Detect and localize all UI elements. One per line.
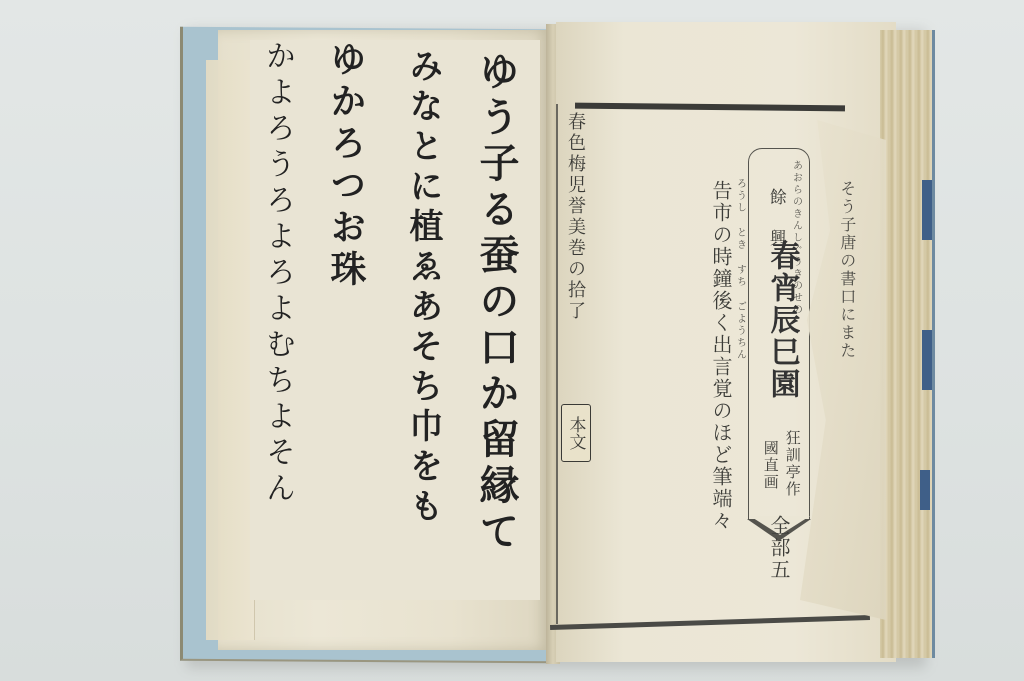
cover-edge-blue	[922, 180, 932, 240]
side-column-text: 告市の時鐘後く出言覚のほど筆端々	[710, 180, 731, 600]
calligraphy-column-2: みなとに植ゑあそち巾をも	[406, 48, 440, 608]
volume-note: 全部五	[768, 515, 789, 581]
calligraphy-column-3: ゆかろつお珠	[328, 40, 364, 340]
spine-title: 春色梅児誉美巻の拾了	[562, 112, 588, 322]
main-title: 春宵辰巳園	[766, 240, 798, 400]
illustrator-credit: 國直画	[762, 440, 778, 491]
overlay-fragment-text: そう子唐の書口にまた	[838, 180, 855, 580]
calligraphy-column-1: ゆう子る蚕の口か留縁て	[476, 50, 516, 570]
open-book: ゆう子る蚕の口か留縁て みなとに植ゑあそち巾をも ゆかろつお珠 かよろうろよろよ…	[0, 0, 1024, 681]
cover-edge-blue	[920, 470, 930, 510]
cover-edge-blue	[922, 330, 932, 390]
calligraphy-column-4: かよろうろよろよむちよそん	[262, 40, 292, 610]
title-prefix: 餘 興	[766, 188, 784, 248]
frame-rule-left	[556, 104, 558, 624]
side-column-ruby: ろうし とき すち ごようちん	[734, 178, 745, 428]
spine-stamp: 本文	[561, 404, 591, 462]
author-credit: 狂訓亭作	[784, 430, 800, 498]
left-paper-flap	[206, 60, 255, 640]
